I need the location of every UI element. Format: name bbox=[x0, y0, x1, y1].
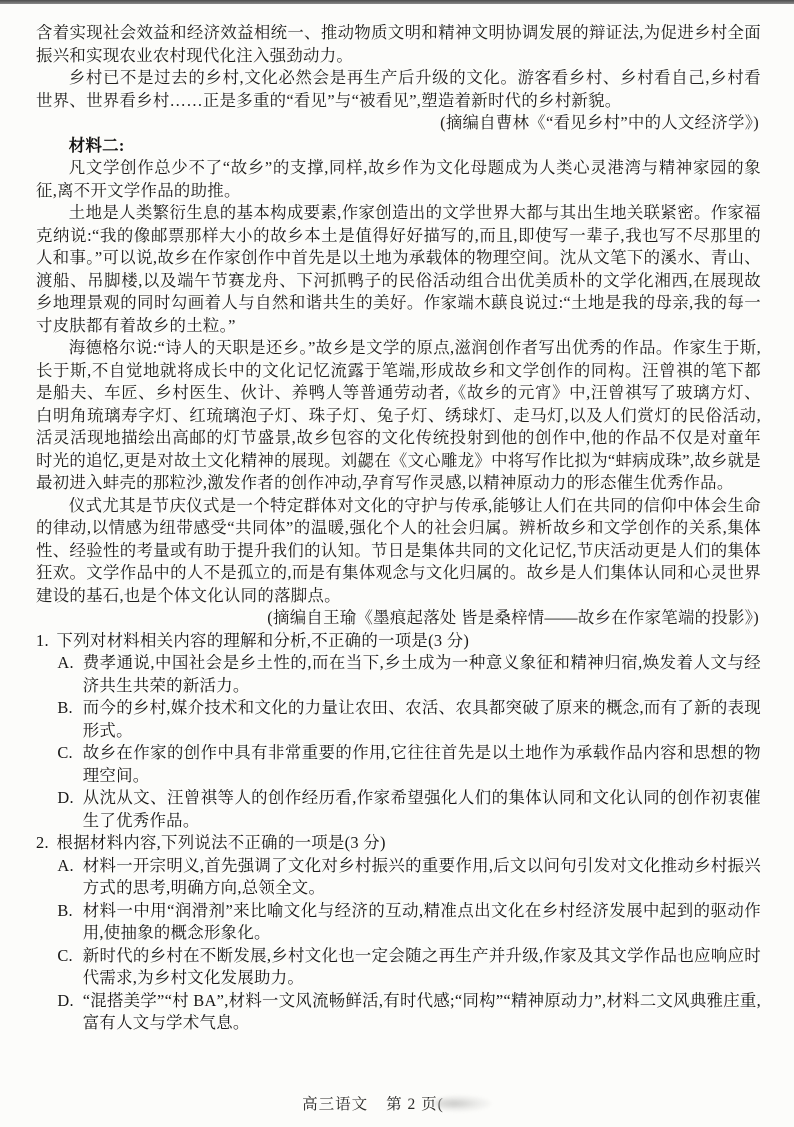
question-2: 2. 根据材料内容,下列说法不正确的一项是(3 分) A. 材料一开宗明义,首先… bbox=[36, 832, 761, 1035]
option-label: D. bbox=[57, 990, 82, 1035]
option-label: B. bbox=[57, 697, 82, 742]
material-one-attribution: (摘编自曹林《“看见乡村”中的人文经济学》) bbox=[36, 112, 761, 135]
option-text: 费孝通说,中国社会是乡土性的,而在当下,乡土成为一种意义象征和精神归宿,焕发着人… bbox=[83, 652, 761, 697]
scan-top-edge bbox=[0, 0, 794, 4]
option-label: A. bbox=[57, 652, 82, 697]
option-label: D. bbox=[57, 787, 82, 832]
option-label: C. bbox=[57, 945, 82, 990]
option-text: 材料一开宗明义,首先强调了文化对乡村振兴的重要作用,后文以问句引发对文化推动乡村… bbox=[83, 855, 761, 900]
option-label: C. bbox=[57, 742, 82, 787]
material-two-heading: 材料二: bbox=[36, 135, 761, 158]
question-2-stem-text: 根据材料内容,下列说法不正确的一项是(3 分) bbox=[57, 832, 762, 855]
question-2-option-a: A. 材料一开宗明义,首先强调了文化对乡村振兴的重要作用,后文以问句引发对文化推… bbox=[36, 855, 761, 900]
option-text: “混搭美学”“村 BA”,材料一文风流畅鲜活,有时代感;“同构”“精神原动力”,… bbox=[83, 990, 761, 1035]
option-text: 而今的乡村,媒介技术和文化的力量让农田、农活、农具都突破了原来的概念,而有了新的… bbox=[83, 697, 761, 742]
question-1-option-c: C. 故乡在作家的创作中具有非常重要的作用,它往往首先是以土地作为承载作品内容和… bbox=[36, 742, 761, 787]
option-label: B. bbox=[57, 900, 82, 945]
question-2-option-b: B. 材料一中用“润滑剂”来比喻文化与经济的互动,精准点出文化在乡村经济发展中起… bbox=[36, 900, 761, 945]
questions-section: 1. 下列对材料相关内容的理解和分析,不正确的一项是(3 分) A. 费孝通说,… bbox=[36, 630, 761, 1035]
question-1-number: 1. bbox=[36, 630, 57, 653]
footer-course-label: 高三语文 bbox=[302, 1096, 368, 1113]
question-1-option-a: A. 费孝通说,中国社会是乡土性的,而在当下,乡土成为一种意义象征和精神归宿,焕… bbox=[36, 652, 761, 697]
question-1-option-b: B. 而今的乡村,媒介技术和文化的力量让农田、农活、农具都突破了原来的概念,而有… bbox=[36, 697, 761, 742]
option-label: A. bbox=[57, 855, 82, 900]
material-two-paragraph-4: 仪式尤其是节庆仪式是一个特定群体对文化的守护与传承,能够让人们在共同的信仰中体会… bbox=[36, 495, 761, 608]
option-text: 故乡在作家的创作中具有非常重要的作用,它往往首先是以土地作为承载作品内容和思想的… bbox=[83, 742, 761, 787]
page-footer: 高三语文第 2 页( bbox=[0, 1092, 794, 1114]
question-2-stem: 2. 根据材料内容,下列说法不正确的一项是(3 分) bbox=[36, 832, 761, 855]
question-1-option-d: D. 从沈从文、汪曾祺等人的创作经历看,作家希望强化人们的集体认同和文化认同的创… bbox=[36, 787, 761, 832]
material-two-paragraph-3: 海德格尔说:“诗人的天职是还乡。”故乡是文学的原点,滋润创作者写出优秀的作品。作… bbox=[36, 337, 761, 495]
question-2-option-d: D. “混搭美学”“村 BA”,材料一文风流畅鲜活,有时代感;“同构”“精神原动… bbox=[36, 990, 761, 1035]
material-two-paragraph-2: 土地是人类繁衍生息的基本构成要素,作家创造出的文学世界大都与其出生地关联紧密。作… bbox=[36, 202, 761, 337]
material-one-closing-paragraph: 乡村已不是过去的乡村,文化必然会是再生产后升级的文化。游客看乡村、乡村看自己,乡… bbox=[36, 67, 761, 112]
material-two-paragraph-1: 凡文学创作总少不了“故乡”的支撑,同样,故乡作为文化母题成为人类心灵港湾与精神家… bbox=[36, 157, 761, 202]
material-one-continuation-paragraph: 含着实现社会效益和经济效益相统一、推动物质文明和精神文明协调发展的辩证法,为促进… bbox=[36, 22, 761, 67]
question-1-stem: 1. 下列对材料相关内容的理解和分析,不正确的一项是(3 分) bbox=[36, 630, 761, 653]
material-two-attribution: (摘编自王瑜《墨痕起落处 皆是桑梓情——故乡在作家笔端的投影》) bbox=[36, 607, 761, 630]
question-2-option-c: C. 新时代的乡村在不断发展,乡村文化也一定会随之再生产并升级,作家及其文学作品… bbox=[36, 945, 761, 990]
option-text: 新时代的乡村在不断发展,乡村文化也一定会随之再生产并升级,作家及其文学作品也应响… bbox=[83, 945, 761, 990]
page-content: 含着实现社会效益和经济效益相统一、推动物质文明和精神文明协调发展的辩证法,为促进… bbox=[36, 22, 761, 1035]
question-2-number: 2. bbox=[36, 832, 57, 855]
exam-scan-page: 含着实现社会效益和经济效益相统一、推动物质文明和精神文明协调发展的辩证法,为促进… bbox=[0, 0, 794, 1127]
option-text: 从沈从文、汪曾祺等人的创作经历看,作家希望强化人们的集体认同和文化认同的创作初衷… bbox=[83, 787, 761, 832]
footer-whiteout-smudge bbox=[434, 1095, 492, 1112]
question-1: 1. 下列对材料相关内容的理解和分析,不正确的一项是(3 分) A. 费孝通说,… bbox=[36, 630, 761, 833]
question-1-stem-text: 下列对材料相关内容的理解和分析,不正确的一项是(3 分) bbox=[57, 630, 762, 653]
option-text: 材料一中用“润滑剂”来比喻文化与经济的互动,精准点出文化在乡村经济发展中起到的驱… bbox=[83, 900, 761, 945]
